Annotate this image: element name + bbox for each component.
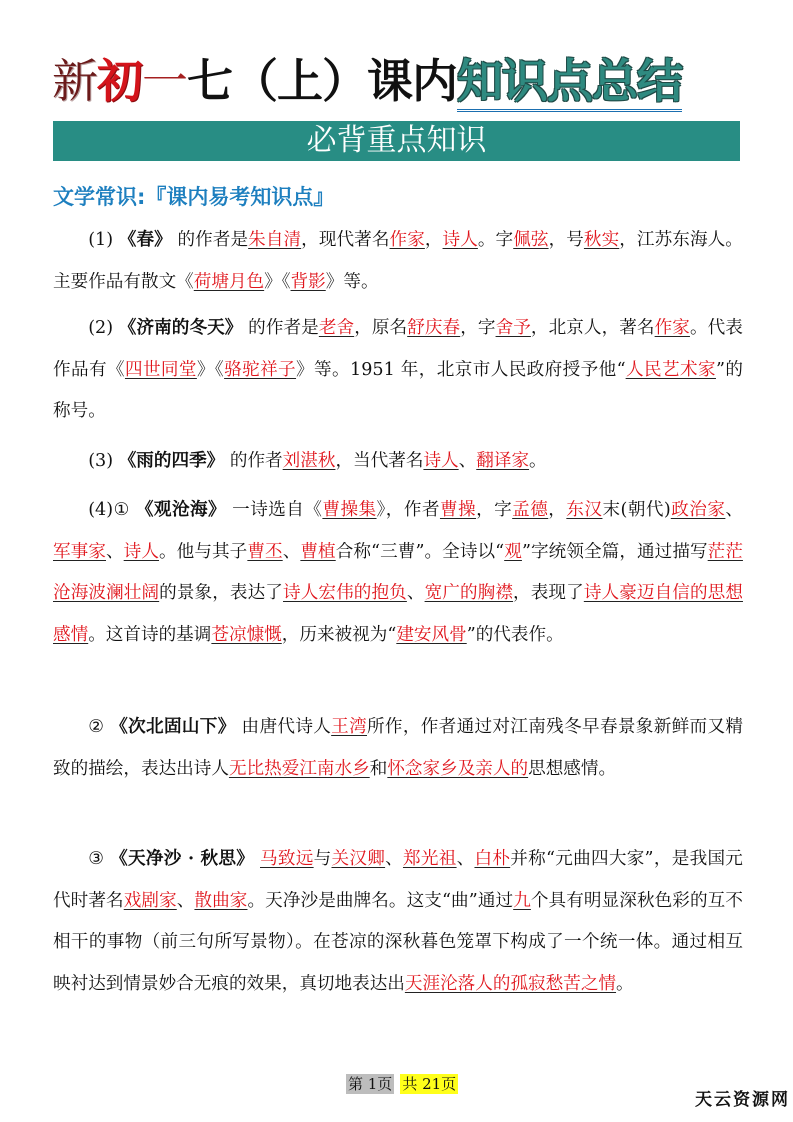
total-pages-label: 共 21页: [400, 1074, 458, 1094]
paragraph-rain-seasons: (3) 《雨的四季》 的作者刘湛秋，当代著名诗人、翻译家。: [53, 440, 743, 483]
text-run: ③: [88, 849, 110, 869]
key-term: 背影: [291, 272, 326, 292]
text-run: 》，作者: [377, 500, 440, 520]
key-term: 怀念家乡及亲人的: [387, 759, 528, 779]
text-run: 的作者是: [242, 318, 318, 338]
work-title: 《天净沙 · 秋思》: [110, 848, 254, 869]
text-run: 一诗选自《: [226, 500, 322, 520]
text-run: 。: [616, 974, 634, 994]
key-term: 刘湛秋: [283, 451, 336, 471]
text-run: ，表现了: [513, 583, 584, 603]
text-run: ，历来被视为“: [282, 625, 397, 645]
key-term: 作家: [390, 230, 425, 250]
text-run: ，号: [549, 230, 584, 250]
title-part-summary: 知识点总结: [457, 53, 682, 112]
text-run: ，字: [460, 318, 495, 338]
key-term: 孟德: [512, 500, 548, 520]
paragraph-guan-canghai: (4)① 《观沧海》 一诗选自《曹操集》，作者曹操，字孟德，东汉末(朝代)政治家…: [53, 489, 743, 656]
title-part-chu: 初: [97, 50, 142, 112]
text-run: 。字: [478, 230, 513, 250]
key-term: 诗人宏伟的抱负: [283, 583, 407, 603]
text-run: 、: [459, 451, 477, 471]
text-run: 。他与其子: [159, 542, 247, 562]
text-run: ，: [548, 500, 566, 520]
key-term: 白朴: [474, 849, 510, 869]
work-title: 《雨的四季》: [119, 450, 225, 471]
text-run: 、: [283, 542, 301, 562]
title-part-grade: 七（上）课内: [187, 50, 457, 112]
key-term: 散曲家: [194, 891, 247, 911]
text-run: 》《: [264, 272, 290, 292]
text-run: 的作者是: [172, 230, 248, 250]
text-run: 、: [457, 849, 475, 869]
text-run: 思想感情。: [528, 759, 616, 779]
key-term: 翻译家: [476, 451, 529, 471]
key-term: 朱自清: [248, 230, 301, 250]
text-run: 、: [106, 542, 124, 562]
text-run: ，字: [476, 500, 512, 520]
text-run: 与: [314, 849, 332, 869]
key-term: 曹操集: [322, 500, 376, 520]
title-part-xin: 新: [52, 50, 97, 112]
text-run: ，北京人，著名: [531, 318, 655, 338]
key-term: 骆驼祥子: [224, 360, 296, 380]
document-title: 新初一七（上）课内知识点总结: [52, 50, 742, 112]
key-term: 舍予: [496, 318, 531, 338]
key-term: 戏剧家: [124, 891, 177, 911]
current-page-label: 第 1页: [346, 1074, 394, 1094]
key-term: 关汉卿: [331, 849, 385, 869]
text-run: ，现代著名: [301, 230, 389, 250]
text-run: 、: [177, 891, 195, 911]
key-term: 建安风骨: [396, 625, 466, 645]
title-part-yi: 一: [142, 50, 187, 112]
text-run: 、: [385, 849, 403, 869]
key-term: 诗人: [443, 230, 478, 250]
text-run: 的景象，表达了: [159, 583, 283, 603]
key-term: 作家: [655, 318, 690, 338]
key-term: 四世同堂: [125, 360, 197, 380]
text-run: 。这首诗的基调: [88, 625, 211, 645]
key-term: 曹植: [300, 542, 335, 562]
key-term: 老舍: [319, 318, 354, 338]
paragraph-ci-beigu-shan: ② 《次北固山下》 由唐代诗人王湾所作，作者通过对江南残冬早春景象新鲜而又精致的…: [53, 706, 743, 790]
paragraph-chun: (1) 《春》 的作者是朱自清，现代著名作家，诗人。字佩弦，号秋实，江苏东海人。…: [53, 219, 743, 303]
key-term: 舒庆春: [407, 318, 460, 338]
section-banner: 必背重点知识: [53, 121, 740, 161]
text-run: 的作者: [224, 451, 282, 471]
paragraph-jinan-winter: (2) 《济南的冬天》 的作者是老舍，原名舒庆春，字舍予，北京人，著名作家。代表…: [53, 307, 743, 433]
text-run: ”的代表作。: [467, 625, 564, 645]
key-term: 宽广的胸襟: [425, 583, 513, 603]
key-term: 苍凉慷慨: [211, 625, 281, 645]
text-run: ，当代著名: [335, 451, 423, 471]
key-term: 荷塘月色: [194, 272, 264, 292]
key-term: 无比热爱江南水乡: [229, 759, 370, 779]
key-term: 秋实: [584, 230, 619, 250]
key-term: 佩弦: [513, 230, 548, 250]
text-run: (2): [88, 318, 119, 338]
key-term: 东汉: [566, 500, 602, 520]
text-run: 。: [529, 451, 547, 471]
text-run: ，原名: [354, 318, 407, 338]
key-term: 诗人: [423, 451, 458, 471]
text-run: 。天净沙是曲牌名。这支“曲”通过: [248, 891, 514, 911]
key-term: 曹操: [440, 500, 476, 520]
text-run: 、: [407, 583, 425, 603]
key-term: 天涯沦落人的孤寂愁苦之情: [405, 974, 616, 994]
key-term: 马致远: [260, 849, 314, 869]
text-run: 由唐代诗人: [236, 717, 332, 737]
key-term: 观: [504, 542, 522, 562]
key-term: 九: [513, 891, 531, 911]
key-term: 王湾: [331, 717, 367, 737]
text-run: 和: [370, 759, 388, 779]
key-term: 政治家: [671, 500, 726, 520]
text-run: 》等。: [326, 272, 379, 292]
work-title: 《观沧海》: [136, 499, 226, 520]
key-term: 诗人: [124, 542, 159, 562]
key-term: 军事家: [53, 542, 106, 562]
brand-watermark: 天云资源网: [695, 1085, 790, 1110]
page-indicator: 第 1页共 21页: [346, 1074, 458, 1094]
text-run: ”字统领全篇，通过描写: [522, 542, 708, 562]
text-run: (3): [88, 451, 119, 471]
section-heading: 文学常识:『课内易考知识点』: [53, 182, 334, 212]
work-title: 《春》: [119, 229, 172, 250]
paragraph-tianjingsha: ③ 《天净沙 · 秋思》 马致远与关汉卿、郑光祖、白朴并称“元曲四大家”，是我国…: [53, 838, 743, 1005]
text-run: 末(朝代): [602, 500, 670, 520]
key-term: 曹丕: [247, 542, 282, 562]
text-run: (1): [88, 230, 119, 250]
text-run: (4)①: [88, 500, 136, 520]
key-term: 人民艺术家: [626, 360, 716, 380]
key-term: 郑光祖: [403, 849, 457, 869]
work-title: 《次北固山下》: [110, 716, 235, 737]
text-run: 》《: [197, 360, 224, 380]
text-run: 》等。1951 年，北京市人民政府授予他“: [296, 360, 626, 380]
text-run: ②: [88, 717, 110, 737]
text-run: ，: [425, 230, 443, 250]
text-run: 、: [725, 500, 743, 520]
text-run: 合称“三曹”。全诗以“: [336, 542, 504, 562]
work-title: 《济南的冬天》: [119, 317, 243, 338]
